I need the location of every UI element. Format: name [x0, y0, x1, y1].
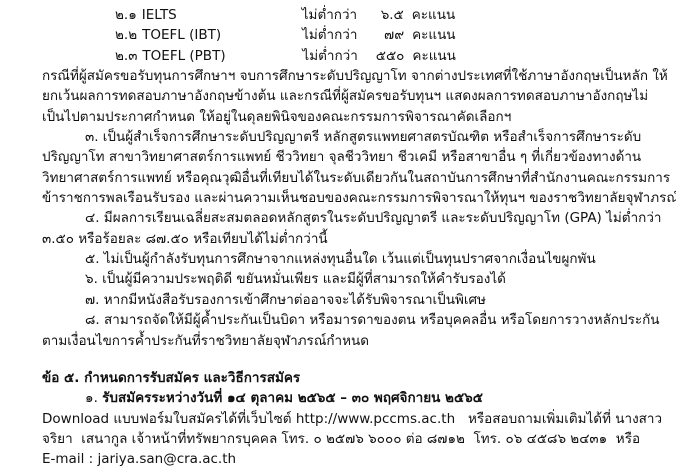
test-name: TOEFL (IBT): [142, 25, 302, 45]
qualification-item-3-line: ปริญญาโท สาขาวิทยาศาสตร์การแพทย์ ชีววิทย…: [42, 147, 648, 167]
test-name: IELTS: [142, 5, 302, 25]
section-5-heading: ข้อ ๕. กำหนดการรับสมัคร และวิธีการสมัคร: [42, 368, 648, 388]
contact-info-line: จริยา เสนากูล เจ้าหน้าที่ทรัพยากรบุคคล โ…: [42, 429, 648, 449]
score-value: ๗๙: [364, 25, 404, 45]
item-number: ๒.๒: [115, 25, 137, 45]
minimum-label: ไม่ต่ำกว่า: [302, 5, 364, 25]
qualification-item-3-line: ข้าราชการพลเรือนรับรอง และผ่านความเห็นชอ…: [42, 188, 648, 208]
exemption-paragraph-line: ยกเว้นผลการทดสอบภาษาอังกฤษข้างต้น และกรณ…: [42, 86, 648, 106]
score-row-toefl-pbt: ๒.๓ TOEFL (PBT) ไม่ต่ำกว่า ๕๕๐ คะแนน: [42, 46, 648, 66]
qualification-item-6: ๖. เป็นผู้มีความประพฤติดี ขยันหมั่นเพียร…: [42, 269, 648, 289]
exemption-paragraph-line: เป็นไปตามประกาศกำหนด ให้อยู่ในดุลยพินิจข…: [42, 107, 648, 127]
qualification-item-8-line: ตามเงื่อนไขการค้ำประกันที่ราชวิทยาลัยจุฬ…: [42, 331, 648, 351]
score-row-ielts: ๒.๑ IELTS ไม่ต่ำกว่า ๖.๕ คะแนน: [42, 5, 648, 25]
score-row-toefl-ibt: ๒.๒ TOEFL (IBT) ไม่ต่ำกว่า ๗๙ คะแนน: [42, 25, 648, 45]
contact-email-line: E-mail : jariya.san@cra.ac.th: [42, 449, 648, 469]
qualification-item-7: ๗. หากมีหนังสือรับรองการเข้าศึกษาต่ออาจจ…: [42, 290, 648, 310]
document-page: ๒.๑ IELTS ไม่ต่ำกว่า ๖.๕ คะแนน ๒.๒ TOEFL…: [0, 0, 676, 472]
score-unit: คะแนน: [412, 25, 455, 45]
score-unit: คะแนน: [412, 46, 455, 66]
item-number: ๒.๑: [115, 5, 137, 25]
contact-info-line: Download แบบฟอร์มใบสมัครได้ที่เว็บไซต์ h…: [42, 409, 648, 429]
qualification-item-8-line: ๘. สามารถจัดให้มีผู้ค้ำประกันเป็นบิดา หร…: [42, 310, 648, 330]
score-value: ๖.๕: [364, 5, 404, 25]
application-period-line: ๑. รับสมัครระหว่างวันที่ ๑๔ ตุลาคม ๒๕๖๕ …: [42, 388, 648, 408]
test-name: TOEFL (PBT): [142, 46, 302, 66]
application-period-dates: รับสมัครระหว่างวันที่ ๑๔ ตุลาคม ๒๕๖๕ – ๓…: [102, 390, 483, 406]
item-number: ๒.๓: [115, 46, 137, 66]
exemption-paragraph-line: กรณีที่ผู้สมัครขอรับทุนการศึกษาฯ จบการศึ…: [42, 66, 648, 86]
qualification-item-4-line: ๓.๕๐ หรือร้อยละ ๘๗.๕๐ หรือเทียบได้ไม่ต่ำ…: [42, 229, 648, 249]
qualification-item-3-line: ๓. เป็นผู้สำเร็จการศึกษาระดับปริญญาตรี ห…: [42, 127, 648, 147]
minimum-label: ไม่ต่ำกว่า: [302, 25, 364, 45]
qualification-item-3-line: วิทยาศาสตร์การแพทย์ หรือคุณวุฒิอื่นที่เท…: [42, 168, 648, 188]
qualification-item-4-line: ๔. มีผลการเรียนเฉลี่ยสะสมตลอดหลักสูตรในร…: [42, 208, 648, 228]
qualification-item-5: ๕. ไม่เป็นผู้กำลังรับทุนการศึกษาจากแหล่ง…: [42, 249, 648, 269]
item-number: ๑.: [85, 390, 102, 406]
score-value: ๕๕๐: [364, 46, 404, 66]
score-unit: คะแนน: [412, 5, 455, 25]
minimum-label: ไม่ต่ำกว่า: [302, 46, 364, 66]
